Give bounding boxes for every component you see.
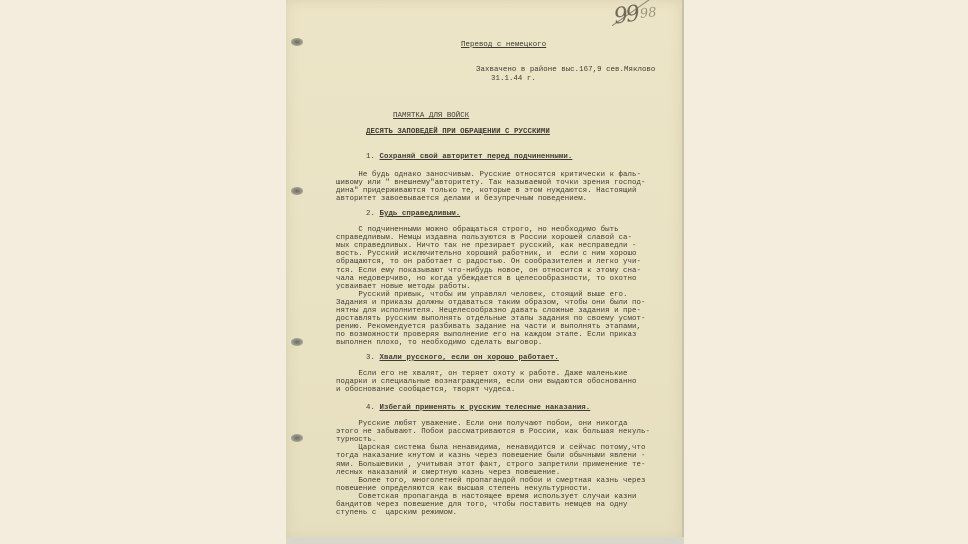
section-heading: 1. Сохраняй свой авторитет перед подчине… (366, 153, 572, 161)
body-line: ступень с царским режимом. (336, 509, 457, 517)
body-line: Более того, многолетней пропагандой побо… (336, 477, 645, 485)
body-line: этого не забывают. Побои рассматриваются… (336, 428, 650, 436)
body-line: усваивает новые методы работы. (336, 283, 471, 291)
section-heading: 2. Будь справедливым. (366, 210, 460, 218)
document-page: 99 98 Перевод с немецкого Захвачено в ра… (286, 0, 684, 540)
body-line: лесных наказаний и смертную казнь через … (336, 469, 560, 477)
body-line: Русские любят уважение. Если они получаю… (336, 420, 628, 428)
document-subtitle: ДЕСЯТЬ ЗАПОВЕДЕЙ ПРИ ОБРАЩЕНИИ С РУССКИМ… (366, 128, 550, 136)
document-title: ПАМЯТКА ДЛЯ ВОЙСК (393, 112, 469, 120)
captured-location: Захвачено в районе выс.167,9 сев.Мяклово (476, 66, 655, 74)
body-line: ями. Большевики , учитывая этот факт, ст… (336, 461, 645, 469)
punch-hole (291, 187, 303, 195)
body-line: Русский привык, чтобы им управлял челове… (336, 291, 628, 299)
body-line: повешение определяются как высшая степен… (336, 485, 592, 493)
capture-date: 31.1.44 г. (491, 75, 536, 83)
body-line: бандитов через повешение для того, чтобы… (336, 501, 628, 509)
section-heading: 4. Избегай применять к русским телесные … (366, 404, 590, 412)
body-line: обращаются, то он работает с радостью. О… (336, 258, 641, 266)
punch-hole (291, 434, 303, 442)
folio-number-old: 98 (639, 5, 657, 22)
body-line: Если его не хвалят, он теряет охоту к ра… (336, 370, 628, 378)
section-heading: 3. Хвали русского, если он хорошо работа… (366, 354, 559, 362)
folio-number: 99 (612, 1, 639, 29)
body-line: С подчиненными можно обращаться строго, … (336, 226, 619, 234)
body-line: рению. Рекомендуется разбивать задание н… (336, 323, 641, 331)
punch-hole (291, 338, 303, 346)
punch-hole (291, 38, 303, 46)
page-edge (286, 537, 684, 544)
body-line: чала недоверчиво, но когда убеждается в … (336, 275, 637, 283)
translation-note: Перевод с немецкого (461, 41, 546, 49)
body-line: выполнен плохо, то необходимо сделать вы… (336, 339, 542, 347)
body-line: нятны для исполнителя. Нецелесообразно д… (336, 307, 641, 315)
body-line: и обоснование сообщается, творят чудеса. (336, 386, 515, 394)
body-line: Не будь однако заносчивым. Русские относ… (336, 171, 641, 179)
body-line: Советская пропаганда в настоящее время и… (336, 493, 637, 501)
body-line: тогда наказание кнутом и казнь через пов… (336, 452, 645, 460)
body-line: тся. Если ему показывают что-нибудь ново… (336, 267, 641, 275)
body-line: Задания и приказы должны отдаваться таки… (336, 299, 645, 307)
body-line: авторитет завоевывается делами и безупре… (336, 195, 587, 203)
